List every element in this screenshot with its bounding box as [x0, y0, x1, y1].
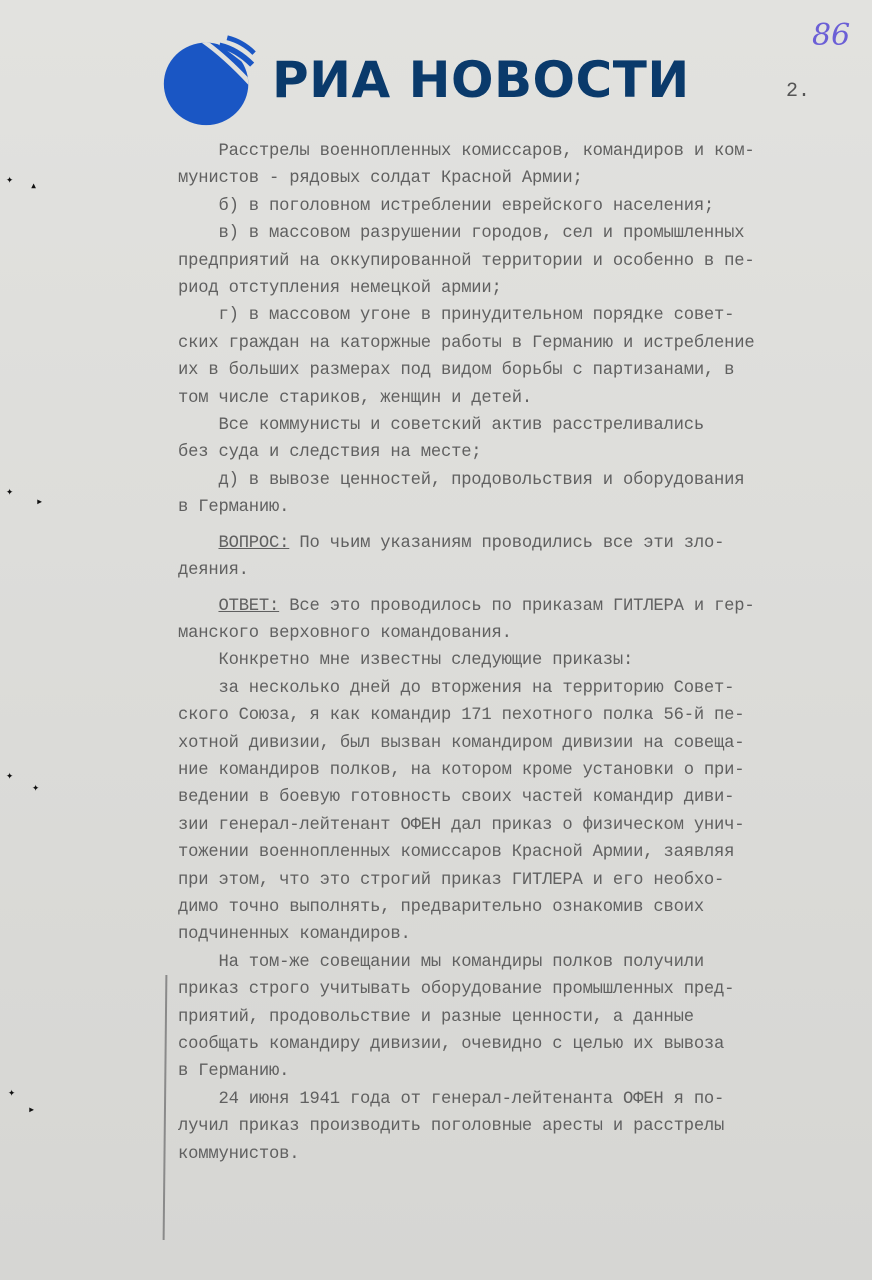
question-label: ВОПРОС: — [218, 534, 289, 553]
text-line: димо точно выполнять, предварительно озн… — [178, 894, 838, 921]
text-line: хотной дивизии, был вызван командиром ди… — [178, 730, 838, 757]
question-line: ВОПРОС: По чьим указаниям проводились вс… — [178, 530, 838, 557]
text-line: мунистов - рядовых солдат Красной Армии; — [178, 165, 838, 192]
text-line: риод отступления немецкой армии; — [178, 275, 838, 302]
handwritten-sheet-number: 86 — [812, 18, 850, 53]
text-line: 24 июня 1941 года от генерал-лейтенанта … — [178, 1086, 838, 1113]
binding-hole-mark: ✦ — [6, 484, 13, 499]
binding-hole-mark: ✦ — [6, 172, 13, 187]
document-body: Расстрелы военнопленных комиссаров, кома… — [178, 138, 838, 1168]
answer-label: ОТВЕТ: — [218, 597, 279, 616]
text-line: тожении военнопленных комиссаров Красной… — [178, 839, 838, 866]
text-line: Все коммунисты и советский актив расстре… — [178, 412, 838, 439]
text-line: их в больших размерах под видом борьбы с… — [178, 357, 838, 384]
binding-hole-mark: ▸ — [36, 494, 43, 509]
binding-hole-mark: ▸ — [28, 1102, 35, 1117]
binding-hole-mark: ✦ — [8, 1085, 15, 1100]
text-line: в) в массовом разрушении городов, сел и … — [178, 220, 838, 247]
page-number: 2. — [786, 80, 810, 103]
text-line: сообщать командиру дивизии, очевидно с ц… — [178, 1031, 838, 1058]
text-line: в Германию. — [178, 494, 838, 521]
text-line: ведении в боевую готовность своих частей… — [178, 784, 838, 811]
text-line: б) в поголовном истреблении еврейского н… — [178, 193, 838, 220]
text-line: предприятий на оккупированной территории… — [178, 248, 838, 275]
text-line: Конкретно мне известны следующие приказы… — [178, 647, 838, 674]
answer-line: манского верховного командования. — [178, 620, 838, 647]
text-line: коммунистов. — [178, 1141, 838, 1168]
text-line: за несколько дней до вторжения на террит… — [178, 675, 838, 702]
text-line: без суда и следствия на месте; — [178, 439, 838, 466]
text-line: приказ строго учитывать оборудование про… — [178, 976, 838, 1003]
text-line: На том-же совещании мы командиры полков … — [178, 949, 838, 976]
text-line: зии генерал-лейтенант ОФЕН дал приказ о … — [178, 812, 838, 839]
text-line: г) в массовом угоне в принудительном пор… — [178, 302, 838, 329]
text-line: д) в вывозе ценностей, продовольствия и … — [178, 467, 838, 494]
binding-hole-mark: ✦ — [32, 780, 39, 795]
logo-text: РИА НОВОСТИ — [272, 55, 690, 105]
text-line: ние командиров полков, на котором кроме … — [178, 757, 838, 784]
text-line: подчиненных командиров. — [178, 921, 838, 948]
ria-novosti-logo: РИА НОВОСТИ — [160, 32, 690, 128]
text-line: ского Союза, я как командир 171 пехотног… — [178, 702, 838, 729]
ria-globe-icon — [160, 32, 256, 128]
text-line: ских граждан на каторжные работы в Герма… — [178, 330, 838, 357]
text-line: приятий, продовольствие и разные ценност… — [178, 1004, 838, 1031]
question-line: деяния. — [178, 557, 838, 584]
answer-line: ОТВЕТ: Все это проводилось по приказам Г… — [178, 593, 838, 620]
margin-pencil-line — [163, 975, 168, 1240]
text-line: Расстрелы военнопленных комиссаров, кома… — [178, 138, 838, 165]
text-line: при этом, что это строгий приказ ГИТЛЕРА… — [178, 867, 838, 894]
text-line: лучил приказ производить поголовные арес… — [178, 1113, 838, 1140]
binding-hole-mark: ▴ — [30, 178, 37, 193]
document-page: РИА НОВОСТИ 86 2. ✦ ▴ ✦ ▸ ✦ ✦ ✦ ▸ Расстр… — [0, 0, 872, 1280]
text-line: том числе стариков, женщин и детей. — [178, 385, 838, 412]
binding-hole-mark: ✦ — [6, 768, 13, 783]
text-line: в Германию. — [178, 1058, 838, 1085]
